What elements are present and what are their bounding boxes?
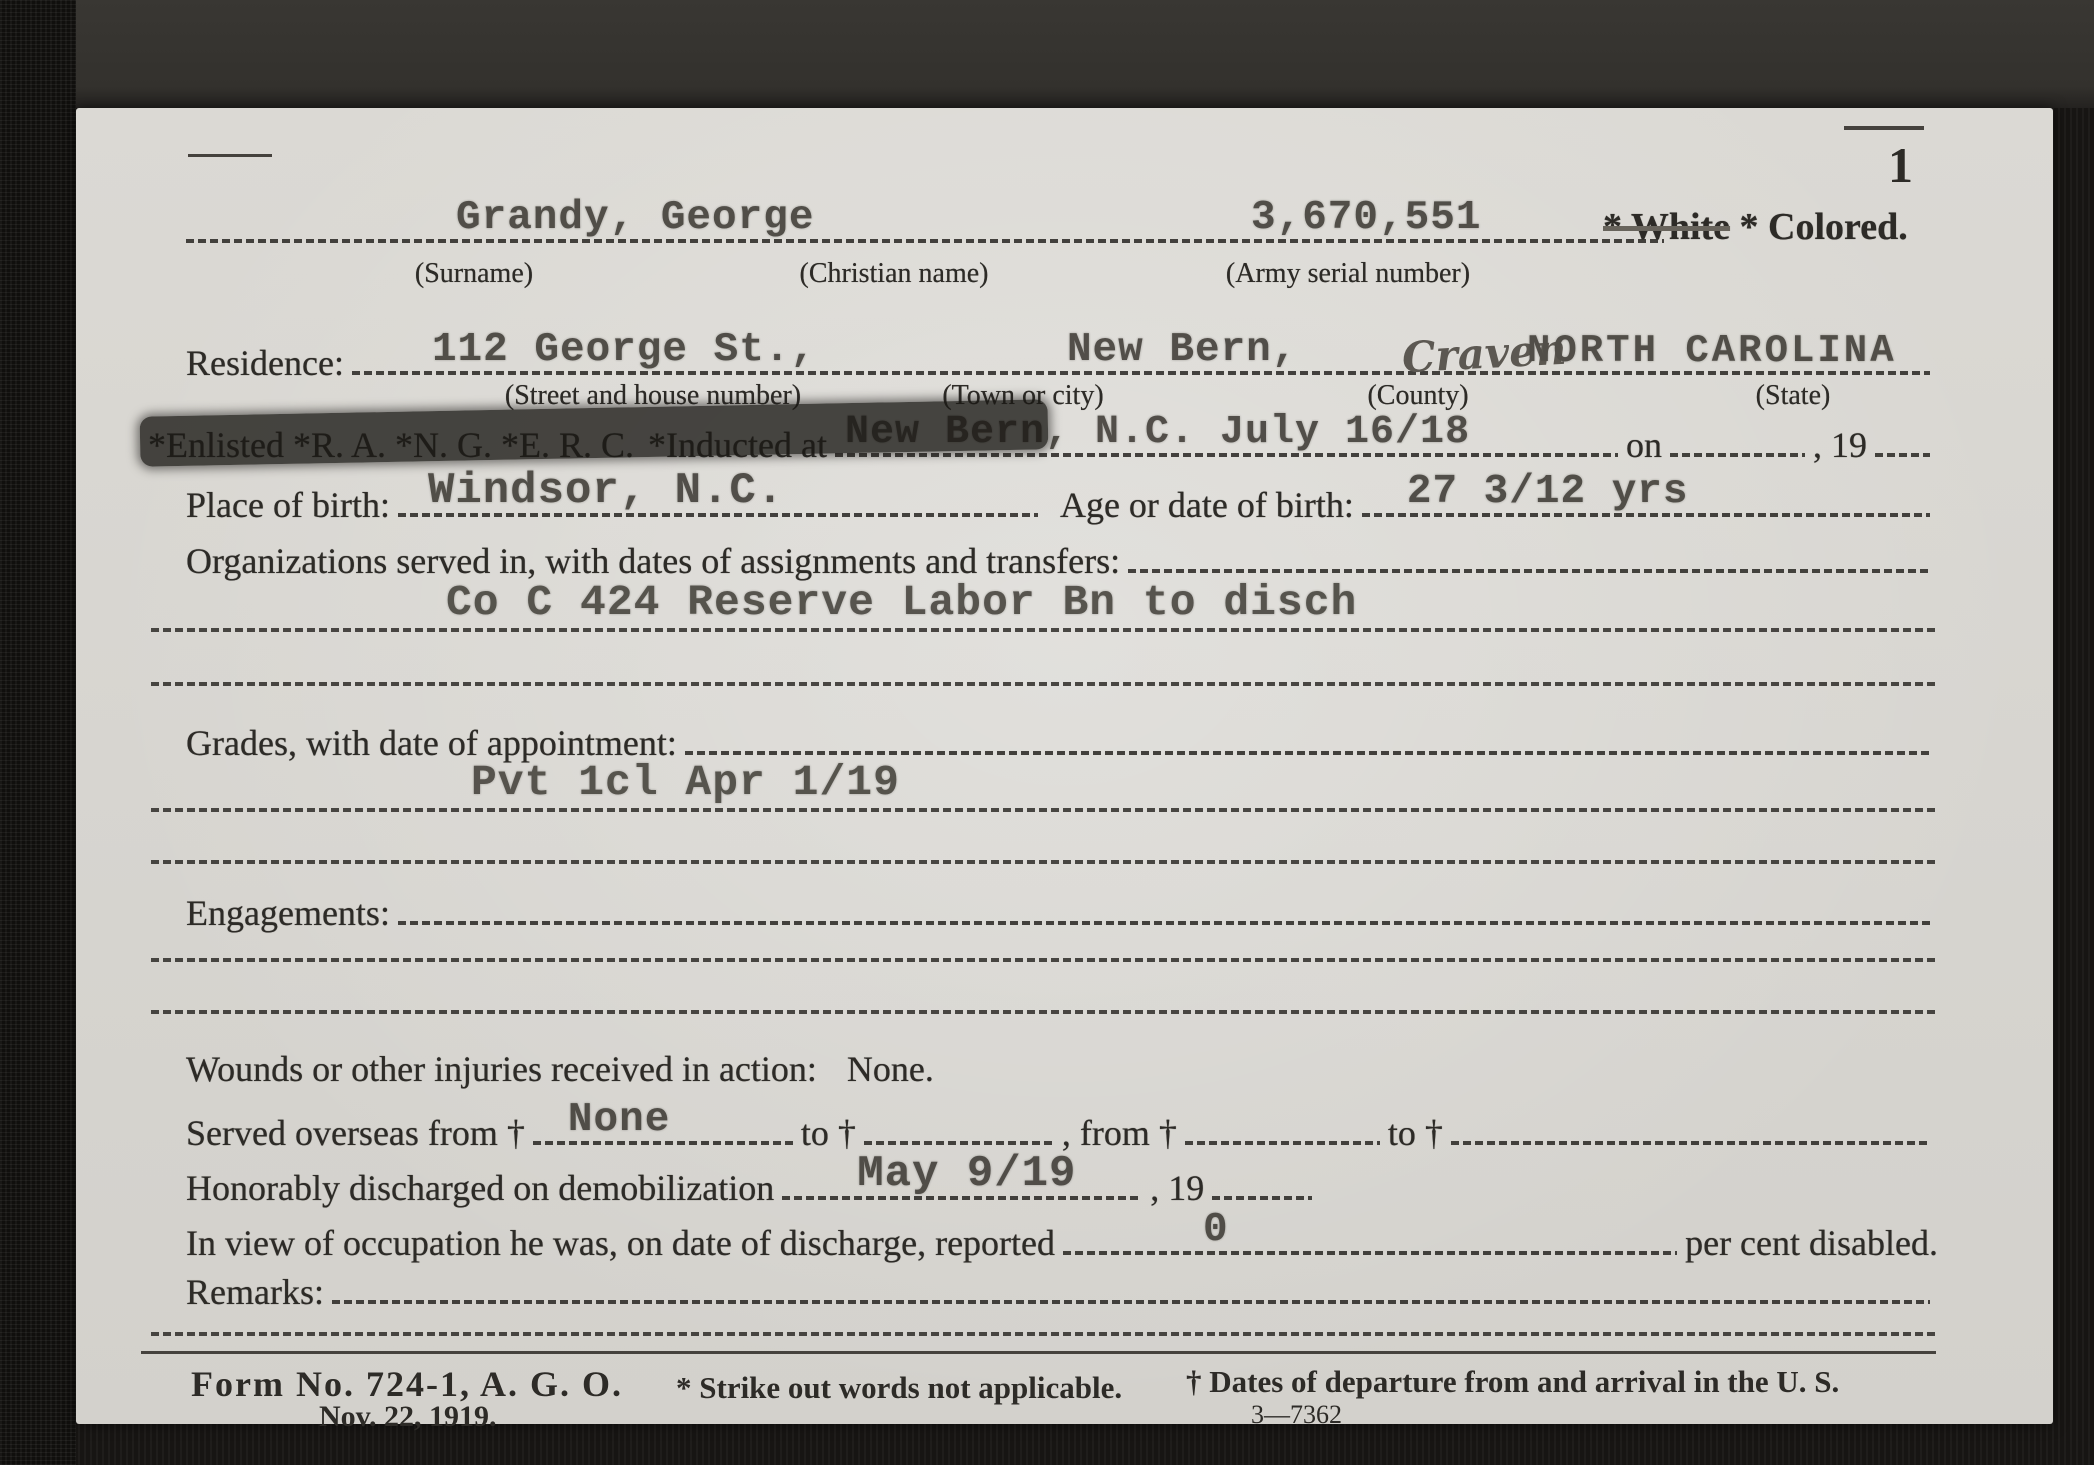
- blank-rule-2: [151, 860, 1938, 864]
- grades-value: Pvt 1cl Apr 1/19: [471, 761, 900, 804]
- scan-left-edge: [0, 0, 76, 1465]
- inducted-at-rule: New Bern, N.C. July 16/18: [835, 453, 1618, 457]
- discharge-date-rule: May 9/19: [782, 1196, 1142, 1200]
- organizations-value: Co C 424 Reserve Labor Bn to disch: [446, 581, 1357, 624]
- inducted-year-label: , 19: [1813, 425, 1867, 466]
- page-number-rule: [1844, 126, 1924, 130]
- bottom-rule: [141, 1351, 1936, 1354]
- dagger-note: † Dates of departure from and arrival in…: [1186, 1364, 1839, 1400]
- disability-suffix: per cent disabled.: [1685, 1223, 1938, 1264]
- blank-rule-4: [151, 1010, 1938, 1014]
- town-value: New Bern,: [1067, 330, 1297, 371]
- engagements-row: Engagements:: [186, 882, 1938, 934]
- inducted-on-label: on: [1626, 425, 1662, 466]
- place-of-birth-rule: Windsor, N.C.: [398, 513, 1038, 517]
- print-code: 3—7362: [1251, 1400, 1342, 1430]
- discharge-year-rule: [1212, 1196, 1312, 1200]
- disability-row: In view of occupation he was, on date of…: [186, 1206, 1938, 1264]
- name-row: Grandy, George 3,670,551: [186, 194, 1664, 252]
- street-value: 112 George St.,: [432, 330, 816, 371]
- age-rule: 27 3/12 yrs: [1362, 513, 1930, 517]
- overseas-from2-label: , from †: [1062, 1113, 1177, 1154]
- disability-label: In view of occupation he was, on date of…: [186, 1223, 1055, 1264]
- residence-row: Residence: 112 George St., New Bern, Cra…: [186, 324, 1938, 384]
- page-number: 1: [1888, 140, 1913, 190]
- wounds-row: Wounds or other injuries received in act…: [186, 1044, 1938, 1090]
- organizations-row: Organizations served in, with dates of a…: [186, 530, 1938, 582]
- discharge-label: Honorably discharged on demobilization: [186, 1168, 774, 1209]
- state-value: NORTH CAROLINA: [1527, 332, 1897, 371]
- age-value: 27 3/12 yrs: [1407, 472, 1689, 513]
- surname-label: (Surname): [415, 260, 533, 288]
- age-label: Age or date of birth:: [1060, 485, 1354, 526]
- wounds-label: Wounds or other injuries received in act…: [186, 1049, 817, 1090]
- remarks-rule: [332, 1300, 1930, 1304]
- strike-out-note: * Strike out words not applicable.: [676, 1370, 1122, 1406]
- overseas-to1-rule: [864, 1141, 1054, 1145]
- service-record-card: 1 Grandy, George 3,670,551 * White * Col…: [76, 108, 2053, 1424]
- race-white-struck: * White: [1603, 206, 1730, 248]
- overseas-to2-label: to †: [1388, 1113, 1443, 1154]
- serial-number-value: 3,670,551: [1251, 198, 1481, 239]
- disability-value: 0: [1203, 1210, 1229, 1251]
- inducted-year-rule: [1875, 453, 1930, 457]
- overseas-from1-rule: None: [533, 1141, 793, 1145]
- blank-rule-1: [151, 682, 1938, 686]
- name-rule: Grandy, George 3,670,551: [186, 239, 1664, 243]
- christian-name-label: (Christian name): [800, 260, 989, 288]
- place-of-birth-label: Place of birth:: [186, 485, 390, 526]
- organizations-rule: [1128, 569, 1930, 573]
- engagements-label: Engagements:: [186, 893, 390, 934]
- place-of-birth-value: Windsor, N.C.: [428, 469, 784, 513]
- top-left-rule: [188, 154, 272, 157]
- grades-row: Grades, with date of appointment:: [186, 712, 1938, 764]
- blank-rule-3: [151, 958, 1938, 962]
- engagements-rule: [398, 921, 1930, 925]
- residence-rule: 112 George St., New Bern, Craven NORTH C…: [352, 371, 1930, 375]
- scan-top-edge: [76, 0, 2094, 108]
- blank-rule-5: [151, 1332, 1938, 1336]
- scanned-card-page: 1 Grandy, George 3,670,551 * White * Col…: [0, 0, 2094, 1465]
- overseas-to1-label: to †: [801, 1113, 856, 1154]
- residence-label: Residence:: [186, 343, 344, 384]
- discharge-row: Honorably discharged on demobilization M…: [186, 1151, 1646, 1209]
- discharge-date-value: May 9/19: [857, 1152, 1076, 1196]
- grades-value-rule: Pvt 1cl Apr 1/19: [151, 808, 1938, 812]
- serial-number-label: (Army serial number): [1226, 260, 1470, 288]
- remarks-label: Remarks:: [186, 1272, 324, 1313]
- overseas-from1-label: Served overseas from †: [186, 1113, 525, 1154]
- form-date: Nov. 22, 1919.: [319, 1400, 497, 1435]
- birth-row: Place of birth: Windsor, N.C. Age or dat…: [186, 466, 1938, 526]
- surname-value: Grandy, George: [456, 198, 814, 239]
- inducted-date-rule: [1670, 453, 1805, 457]
- overseas-row: Served overseas from † None to † , from …: [186, 1096, 1938, 1154]
- disability-rule: 0: [1063, 1251, 1677, 1255]
- race-colored: * Colored.: [1740, 206, 1908, 248]
- remarks-row: Remarks:: [186, 1261, 1938, 1313]
- organizations-value-rule: Co C 424 Reserve Labor Bn to disch: [151, 628, 1938, 632]
- overseas-to2-rule: [1451, 1141, 1930, 1145]
- organizations-label: Organizations served in, with dates of a…: [186, 541, 1120, 582]
- overseas-from1-value: None: [568, 1100, 670, 1141]
- grades-rule: [685, 751, 1930, 755]
- race-designation: * White * Colored.: [1603, 206, 1908, 250]
- discharge-year-label: , 19: [1150, 1168, 1204, 1209]
- overseas-from2-rule: [1185, 1141, 1380, 1145]
- wounds-value: None.: [847, 1049, 934, 1090]
